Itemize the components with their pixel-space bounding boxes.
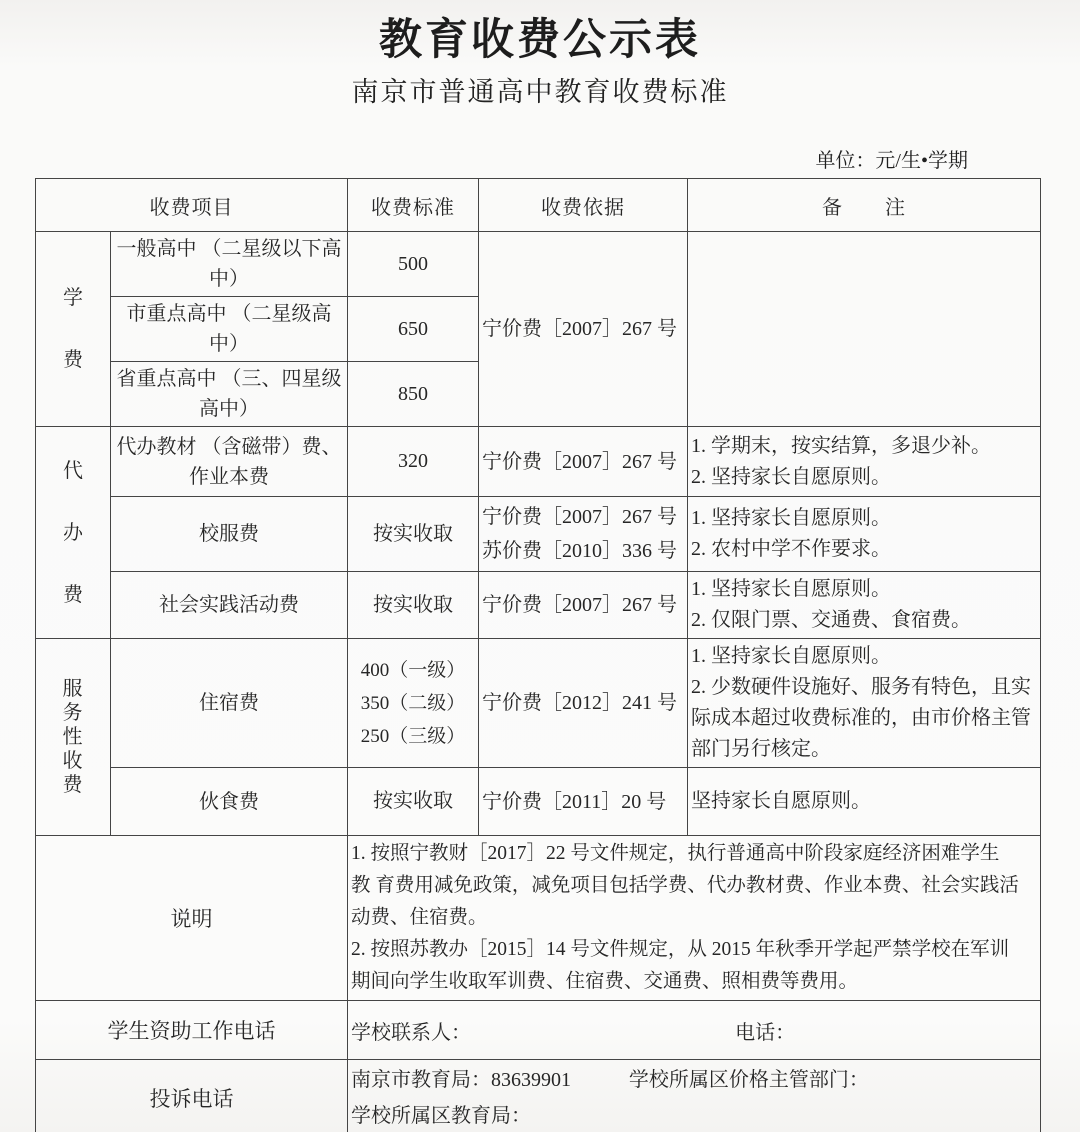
page-title: 教育收费公示表 <box>0 6 1080 67</box>
fee-table: 收费项目 收费标准 收费依据 备 注 学 费 一般高中 （二星级以下高中） 50… <box>35 178 1041 1132</box>
item-agency-textbook: 代办教材 （含磁带）费、 作业本费 <box>111 427 348 497</box>
item-agency-social-practice: 社会实践活动费 <box>111 572 348 639</box>
row-agency-textbook: 代 办 费 代办教材 （含磁带）费、 作业本费 320 宁价费［2007］267… <box>36 427 1041 497</box>
item-service-meal: 伙食费 <box>111 768 348 836</box>
basis-service-meal: 宁价费［2011］20 号 <box>479 768 688 836</box>
row-student-aid-phone: 学生资助工作电话 学校联系人： 电话： <box>36 1001 1041 1060</box>
row-complaint-phone: 投诉电话 南京市教育局：83639901 学校所属区价格主管部门： 学校所属区教… <box>36 1060 1041 1132</box>
category-service: 服 务 性 收 费 <box>36 639 111 836</box>
phone-label: 电话： <box>735 1016 795 1045</box>
student-aid-phone-line: 学校联系人： 电话： <box>351 1016 1037 1045</box>
page-subtitle: 南京市普通高中教育收费标准 <box>0 70 1080 109</box>
city-education-bureau-phone: 南京市教育局：83639901 <box>351 1062 629 1098</box>
col-header-basis: 收费依据 <box>479 179 688 232</box>
item-tuition-city-key: 市重点高中 （二星级高中） <box>111 297 348 362</box>
standard-tuition-city-key: 650 <box>348 297 479 362</box>
basis-service-accommodation: 宁价费［2012］241 号 <box>479 639 688 768</box>
row-tuition-general: 学 费 一般高中 （二星级以下高中） 500 宁价费［2007］267 号 <box>36 232 1041 297</box>
unit-note: 单位：元/生•学期 <box>815 144 968 173</box>
student-aid-phone-cell: 学校联系人： 电话： <box>348 1001 1041 1060</box>
standard-agency-uniform: 按实收取 <box>348 497 479 572</box>
school-contact-label: 学校联系人： <box>351 1016 735 1045</box>
basis-agency-social-practice: 宁价费［2007］267 号 <box>479 572 688 639</box>
item-tuition-general: 一般高中 （二星级以下高中） <box>111 232 348 297</box>
basis-agency-textbook: 宁价费［2007］267 号 <box>479 427 688 497</box>
row-agency-uniform: 校服费 按实收取 宁价费［2007］267 号 苏价费［2010］336 号 1… <box>36 497 1041 572</box>
remark-agency-uniform: 1. 坚持家长自愿原则。 2. 农村中学不作要求。 <box>688 497 1041 572</box>
remark-tuition-empty <box>688 232 1041 427</box>
row-agency-social-practice: 社会实践活动费 按实收取 宁价费［2007］267 号 1. 坚持家长自愿原则。… <box>36 572 1041 639</box>
district-price-authority-label: 学校所属区价格主管部门： <box>629 1062 869 1098</box>
row-notes: 说明 1. 按照宁教财［2017］22 号文件规定，执行普通高中阶段家庭经济困难… <box>36 836 1041 1001</box>
student-aid-phone-label: 学生资助工作电话 <box>36 1001 348 1060</box>
category-tuition: 学 费 <box>36 232 111 427</box>
fee-notice-document: 教育收费公示表 南京市普通高中教育收费标准 单位：元/生•学期 收费项目 收费标… <box>0 0 1080 1132</box>
standard-service-meal: 按实收取 <box>348 768 479 836</box>
basis-tuition: 宁价费［2007］267 号 <box>479 232 688 427</box>
row-service-accommodation: 服 务 性 收 费 住宿费 400（一级） 350（二级） 250（三级） 宁价… <box>36 639 1041 768</box>
standard-service-accommodation: 400（一级） 350（二级） 250（三级） <box>348 639 479 768</box>
category-agency: 代 办 费 <box>36 427 111 639</box>
remark-service-accommodation: 1. 坚持家长自愿原则。 2. 少数硬件设施好、服务有特色，且实际成本超过收费标… <box>688 639 1041 768</box>
complaint-line-2: 学校所属区教育局： <box>351 1098 1037 1132</box>
basis-agency-uniform: 宁价费［2007］267 号 苏价费［2010］336 号 <box>479 497 688 572</box>
header-row: 收费项目 收费标准 收费依据 备 注 <box>36 179 1041 232</box>
complaint-phone-cell: 南京市教育局：83639901 学校所属区价格主管部门： 学校所属区教育局： <box>348 1060 1041 1132</box>
standard-tuition-general: 500 <box>348 232 479 297</box>
remark-service-meal: 坚持家长自愿原则。 <box>688 768 1041 836</box>
col-header-item: 收费项目 <box>36 179 348 232</box>
notes-text: 1. 按照宁教财［2017］22 号文件规定，执行普通高中阶段家庭经济困难学生 … <box>348 836 1041 1001</box>
complaint-line-1: 南京市教育局：83639901 学校所属区价格主管部门： <box>351 1062 1037 1098</box>
item-tuition-province-key: 省重点高中 （三、四星级高中） <box>111 362 348 427</box>
item-service-accommodation: 住宿费 <box>111 639 348 768</box>
remark-agency-textbook: 1. 学期末，按实结算，多退少补。 2. 坚持家长自愿原则。 <box>688 427 1041 497</box>
standard-agency-social-practice: 按实收取 <box>348 572 479 639</box>
item-agency-uniform: 校服费 <box>111 497 348 572</box>
standard-agency-textbook: 320 <box>348 427 479 497</box>
complaint-phone-label: 投诉电话 <box>36 1060 348 1132</box>
col-header-remark: 备 注 <box>688 179 1041 232</box>
standard-tuition-province-key: 850 <box>348 362 479 427</box>
col-header-standard: 收费标准 <box>348 179 479 232</box>
notes-label: 说明 <box>36 836 348 1001</box>
remark-agency-social-practice: 1. 坚持家长自愿原则。 2. 仅限门票、交通费、食宿费。 <box>688 572 1041 639</box>
row-service-meal: 伙食费 按实收取 宁价费［2011］20 号 坚持家长自愿原则。 <box>36 768 1041 836</box>
